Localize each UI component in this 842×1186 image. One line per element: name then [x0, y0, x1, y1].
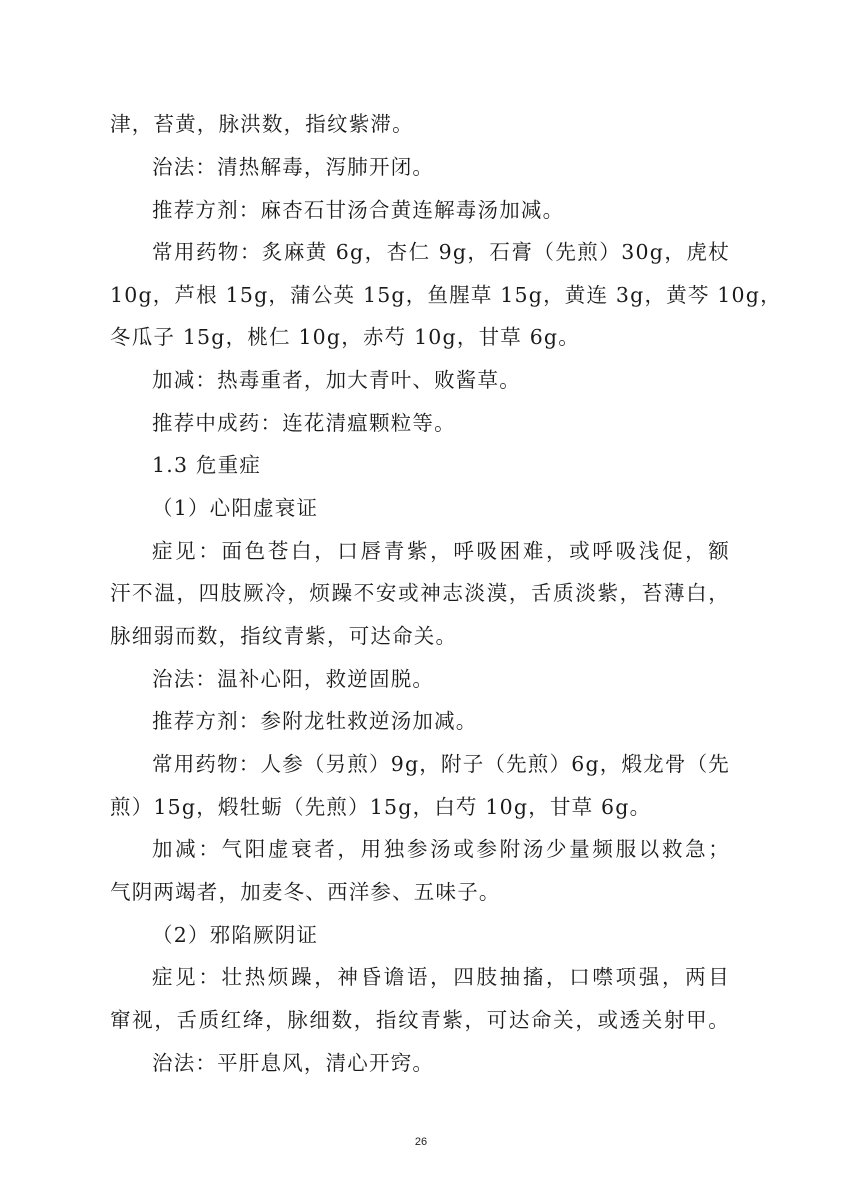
- text-line: 常用药物：人参（另煎）9g，附子（先煎）6g，煅龙骨（先: [152, 752, 730, 776]
- text-line: 煎）15g，煅牡蛎（先煎）15g，白芍 10g，甘草 6g。: [110, 795, 651, 819]
- text-line: 气阴两竭者，加麦冬、西洋参、五味子。: [110, 880, 501, 904]
- text-line: （1）心阳虚衰证: [152, 496, 318, 520]
- page-number: 26: [0, 1136, 842, 1148]
- document-page: 津，苔黄，脉洪数，指纹紫滞。治法：清热解毒，泻肺开闭。推荐方剂：麻杏石甘汤合黄连…: [0, 0, 842, 1186]
- text-line: 治法：平肝息风，清心开窍。: [152, 1051, 434, 1075]
- text-line: 加减：热毒重者，加大青叶、败酱草。: [152, 368, 521, 392]
- text-line: 10g，芦根 15g，蒲公英 15g，鱼腥草 15g，黄连 3g，黄芩 10g，: [110, 283, 730, 307]
- text-line: 窜视，舌质红绛，脉细数，指纹青紫，可达命关，或透关射甲。: [110, 1008, 730, 1032]
- text-line: 津，苔黄，脉洪数，指纹紫滞。: [110, 112, 414, 136]
- text-line: 症见：壮热烦躁，神昏谵语，四肢抽搐，口噤项强，两目: [152, 965, 730, 989]
- text-line: 冬瓜子 15g，桃仁 10g，赤芍 10g，甘草 6g。: [110, 325, 580, 349]
- text-line: 汗不温，四肢厥冷，烦躁不安或神志淡漠，舌质淡紫，苔薄白，: [110, 581, 730, 605]
- text-line: 推荐方剂：参附龙牡救逆汤加减。: [152, 709, 478, 733]
- text-line: 推荐中成药：连花清瘟颗粒等。: [152, 411, 456, 435]
- text-line: 脉细弱而数，指纹青紫，可达命关。: [110, 624, 457, 648]
- text-line: 推荐方剂：麻杏石甘汤合黄连解毒汤加减。: [152, 198, 564, 222]
- text-line: 治法：温补心阳，救逆固脱。: [152, 667, 434, 691]
- text-line: 常用药物：炙麻黄 6g，杏仁 9g，石膏（先煎）30g，虎杖: [152, 240, 730, 264]
- text-line: 症见：面色苍白，口唇青紫，呼吸困难，或呼吸浅促，额: [152, 539, 730, 563]
- text-line: 1.3 危重症: [152, 453, 261, 477]
- text-line: 加减：气阳虚衰者，用独参汤或参附汤少量频服以救急；: [152, 837, 730, 861]
- text-line: 治法：清热解毒，泻肺开闭。: [152, 155, 434, 179]
- text-line: （2）邪陷厥阴证: [152, 923, 318, 947]
